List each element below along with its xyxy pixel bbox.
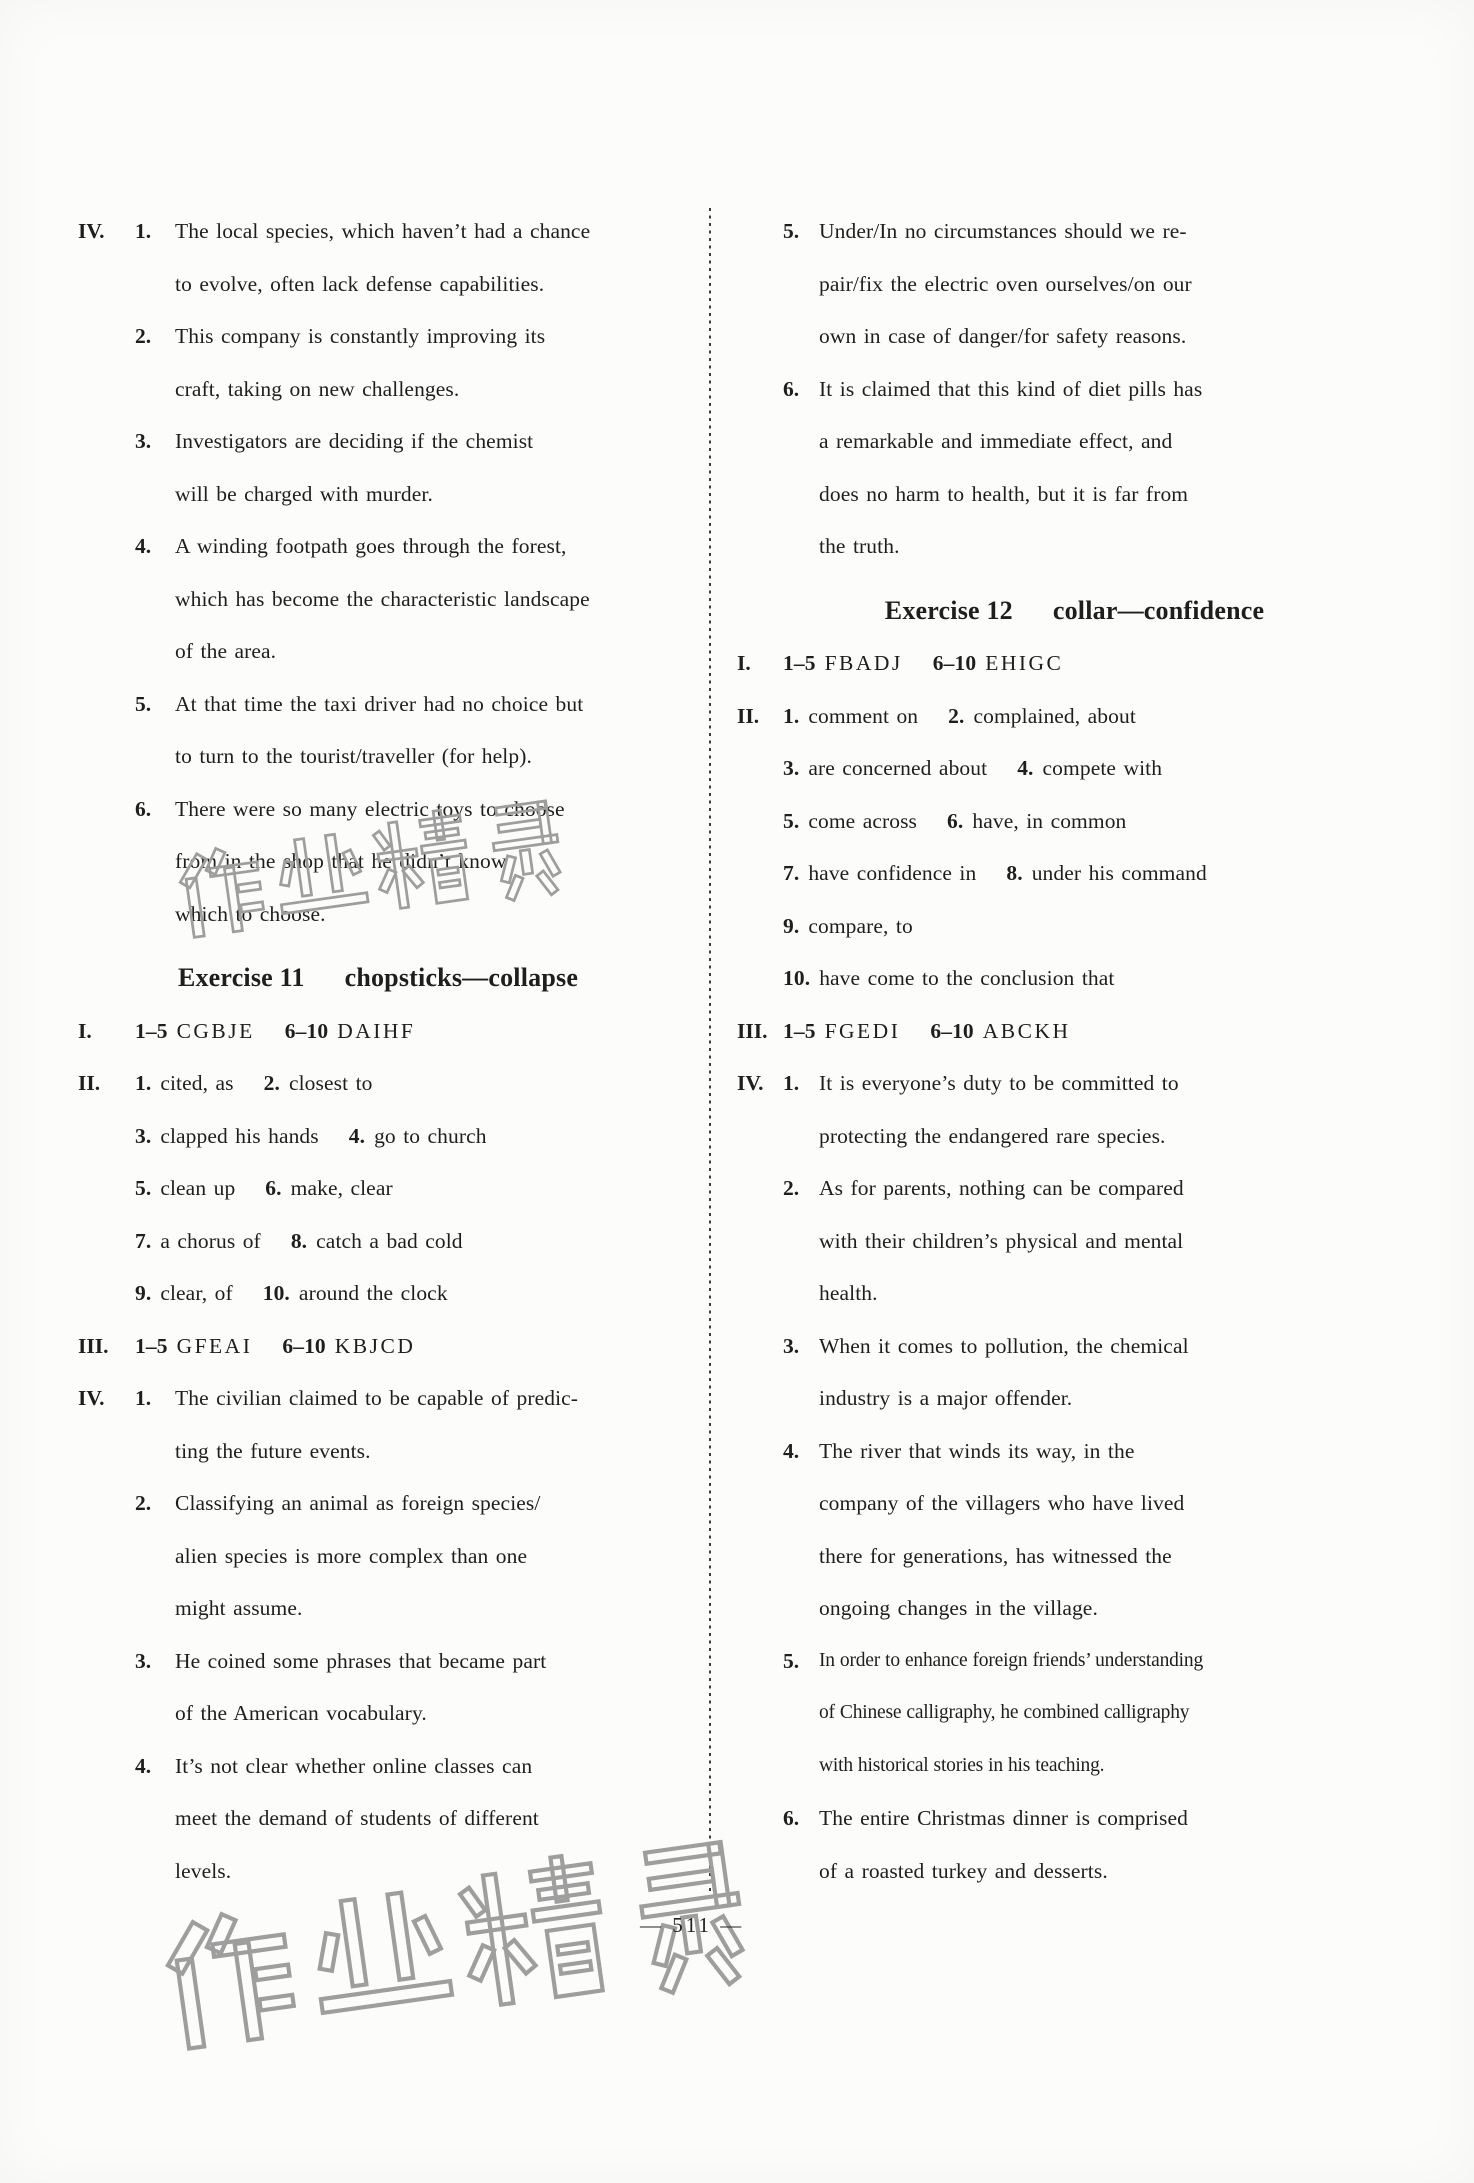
- item-text: The entire Christmas dinner is comprised…: [819, 1792, 1412, 1897]
- answer-phrase-row: I.1–5CGBJE6–10DAIHF: [78, 1005, 678, 1058]
- item-number: 6.: [783, 1792, 819, 1845]
- pair-text: go to church: [374, 1124, 487, 1148]
- answer-sentence-row: 5.In order to enhance foreign friends’ u…: [737, 1635, 1412, 1793]
- phrase-line: 3.are concerned about4.compete with: [783, 742, 1412, 795]
- pair-number: 5.: [135, 1176, 151, 1200]
- pair-text: a chorus of: [160, 1229, 261, 1253]
- scanned-answer-page: IV.1.The local species, which haven’t ha…: [0, 0, 1474, 2183]
- answer-sentence-row: IV.1.The civilian claimed to be capable …: [78, 1372, 678, 1477]
- roman-label: I.: [78, 1005, 135, 1058]
- answer-phrase-row: III.1–5FGEDI6–10ABCKH: [737, 1005, 1412, 1058]
- exercise-heading: Exercise 12collar—confidence: [737, 585, 1412, 638]
- phrase-line: 3.clapped his hands4.go to church: [135, 1110, 678, 1163]
- phrase-line: 1–5GFEAI6–10KBJCD: [135, 1320, 678, 1373]
- phrase-line: 7.a chorus of8.catch a bad cold: [135, 1215, 678, 1268]
- answer-phrase-row: 9.compare, to: [737, 900, 1412, 953]
- answer-sentence-row: IV.1.It is everyone’s duty to be committ…: [737, 1057, 1412, 1162]
- pair-number: 6.: [947, 809, 963, 833]
- roman-label: IV.: [737, 1057, 783, 1110]
- pair-number: 1.: [783, 704, 799, 728]
- item-text: As for parents, nothing can be compared …: [819, 1162, 1412, 1320]
- answer-sentence-row: 4.The river that winds its way, in the c…: [737, 1425, 1412, 1635]
- phrase-line: 1–5CGBJE6–10DAIHF: [135, 1005, 678, 1058]
- item-number: 5.: [783, 205, 819, 258]
- phrase-line: 1.cited, as2.closest to: [135, 1057, 678, 1110]
- roman-label: I.: [737, 637, 783, 690]
- answer-sentence-row: 5.Under/In no circumstances should we re…: [737, 205, 1412, 363]
- page-number: — 511 —: [640, 1913, 744, 1938]
- item-number: 3.: [135, 1635, 175, 1688]
- pair-text: around the clock: [299, 1281, 448, 1305]
- pair-number: 9.: [783, 914, 799, 938]
- left-column: IV.1.The local species, which haven’t ha…: [78, 205, 678, 1897]
- pair-text: GFEAI: [177, 1334, 253, 1358]
- phrase-line: 7.have confidence in8.under his command: [783, 847, 1412, 900]
- pair-number: 1–5: [135, 1019, 168, 1043]
- item-text: Under/In no circumstances should we re- …: [819, 205, 1412, 363]
- answer-sentence-row: 4.A winding footpath goes through the fo…: [78, 520, 678, 678]
- roman-label: II.: [78, 1057, 135, 1110]
- item-text: When it comes to pollution, the chemical…: [819, 1320, 1412, 1425]
- answer-sentence-row: IV.1.The local species, which haven’t ha…: [78, 205, 678, 310]
- answer-phrase-row: 7.a chorus of8.catch a bad cold: [78, 1215, 678, 1268]
- item-number: 4.: [135, 520, 175, 573]
- pair-text: complained, about: [973, 704, 1135, 728]
- pair-text: DAIHF: [337, 1019, 415, 1043]
- exercise-label: Exercise 11: [178, 952, 305, 1005]
- answer-phrase-row: II.1.cited, as2.closest to: [78, 1057, 678, 1110]
- pair-number: 6–10: [285, 1019, 328, 1043]
- pair-text: cited, as: [160, 1071, 233, 1095]
- pair-text: closest to: [289, 1071, 373, 1095]
- phrase-line: 1–5FGEDI6–10ABCKH: [783, 1005, 1412, 1058]
- item-number: 3.: [135, 415, 175, 468]
- pair-text: are concerned about: [808, 756, 987, 780]
- answer-sentence-row: 6.There were so many electric toys to ch…: [78, 783, 678, 941]
- pair-text: comment on: [808, 704, 918, 728]
- exercise-heading: Exercise 11chopsticks—collapse: [78, 952, 678, 1005]
- answer-sentence-row: 3.Investigators are deciding if the chem…: [78, 415, 678, 520]
- phrase-line: 5.come across6.have, in common: [783, 795, 1412, 848]
- pair-number: 2.: [948, 704, 964, 728]
- pair-number: 4.: [349, 1124, 365, 1148]
- item-number: 1.: [783, 1057, 819, 1110]
- item-text: Classifying an animal as foreign species…: [175, 1477, 678, 1635]
- pair-text: catch a bad cold: [316, 1229, 462, 1253]
- pair-number: 7.: [135, 1229, 151, 1253]
- phrase-line: 5.clean up6.make, clear: [135, 1162, 678, 1215]
- pair-number: 9.: [135, 1281, 151, 1305]
- item-text: In order to enhance foreign friends’ und…: [819, 1635, 1412, 1793]
- pair-text: ABCKH: [983, 1019, 1071, 1043]
- answer-phrase-row: 9.clear, of10.around the clock: [78, 1267, 678, 1320]
- roman-label: IV.: [78, 205, 135, 258]
- answer-sentence-row: 5.At that time the taxi driver had no ch…: [78, 678, 678, 783]
- item-number: 6.: [135, 783, 175, 836]
- answer-sentence-row: 2.Classifying an animal as foreign speci…: [78, 1477, 678, 1635]
- pair-text: clear, of: [160, 1281, 232, 1305]
- answer-sentence-row: 3.He coined some phrases that became par…: [78, 1635, 678, 1740]
- phrase-line: 10.have come to the conclusion that: [783, 952, 1412, 1005]
- item-number: 4.: [783, 1425, 819, 1478]
- item-number: 2.: [135, 310, 175, 363]
- pair-text: clean up: [160, 1176, 235, 1200]
- pair-number: 3.: [135, 1124, 151, 1148]
- pair-number: 2.: [264, 1071, 280, 1095]
- item-text: This company is constantly improving its…: [175, 310, 678, 415]
- phrase-line: 9.compare, to: [783, 900, 1412, 953]
- answer-phrase-row: I.1–5FBADJ6–10EHIGC: [737, 637, 1412, 690]
- pair-number: 7.: [783, 861, 799, 885]
- answer-phrase-row: 3.clapped his hands4.go to church: [78, 1110, 678, 1163]
- item-text: It is claimed that this kind of diet pil…: [819, 363, 1412, 573]
- pair-number: 6–10: [933, 651, 976, 675]
- pair-text: CGBJE: [177, 1019, 255, 1043]
- answer-sentence-row: 6.It is claimed that this kind of diet p…: [737, 363, 1412, 573]
- item-text: A winding footpath goes through the fore…: [175, 520, 678, 678]
- phrase-line: 1.comment on2.complained, about: [783, 690, 1412, 743]
- pair-number: 1–5: [783, 1019, 816, 1043]
- answer-phrase-row: III.1–5GFEAI6–10KBJCD: [78, 1320, 678, 1373]
- item-text: He coined some phrases that became part …: [175, 1635, 678, 1740]
- pair-text: compete with: [1043, 756, 1163, 780]
- pair-number: 6.: [265, 1176, 281, 1200]
- item-number: 1.: [135, 205, 175, 258]
- item-number: 3.: [783, 1320, 819, 1373]
- exercise-label: Exercise 12: [885, 585, 1013, 638]
- pair-text: have come to the conclusion that: [819, 966, 1114, 990]
- pair-number: 8.: [1006, 861, 1022, 885]
- pair-number: 3.: [783, 756, 799, 780]
- item-number: 5.: [783, 1635, 819, 1688]
- roman-label: III.: [737, 1005, 783, 1058]
- pair-number: 6–10: [282, 1334, 325, 1358]
- answer-sentence-row: 4.It’s not clear whether online classes …: [78, 1740, 678, 1898]
- answer-phrase-row: 10.have come to the conclusion that: [737, 952, 1412, 1005]
- answer-sentence-row: 2.This company is constantly improving i…: [78, 310, 678, 415]
- pair-text: have, in common: [972, 809, 1126, 833]
- answer-sentence-row: 3.When it comes to pollution, the chemic…: [737, 1320, 1412, 1425]
- pair-text: FGEDI: [825, 1019, 901, 1043]
- pair-text: FBADJ: [825, 651, 903, 675]
- roman-label: IV.: [78, 1372, 135, 1425]
- pair-number: 6–10: [930, 1019, 973, 1043]
- item-text: The civilian claimed to be capable of pr…: [175, 1372, 678, 1477]
- phrase-line: 1–5FBADJ6–10EHIGC: [783, 637, 1412, 690]
- pair-number: 8.: [291, 1229, 307, 1253]
- item-number: 4.: [135, 1740, 175, 1793]
- item-text: The river that winds its way, in the com…: [819, 1425, 1412, 1635]
- exercise-range: chopsticks—collapse: [345, 952, 578, 1005]
- exercise-range: collar—confidence: [1053, 585, 1264, 638]
- pair-text: come across: [808, 809, 917, 833]
- item-number: 1.: [135, 1372, 175, 1425]
- pair-text: KBJCD: [335, 1334, 416, 1358]
- answer-sentence-row: 6.The entire Christmas dinner is compris…: [737, 1792, 1412, 1897]
- phrase-line: 9.clear, of10.around the clock: [135, 1267, 678, 1320]
- item-text: It is everyone’s duty to be committed to…: [819, 1057, 1412, 1162]
- item-number: 5.: [135, 678, 175, 731]
- item-text: It’s not clear whether online classes ca…: [175, 1740, 678, 1898]
- pair-text: make, clear: [291, 1176, 393, 1200]
- pair-text: have confidence in: [808, 861, 976, 885]
- answer-phrase-row: II.1.comment on2.complained, about: [737, 690, 1412, 743]
- pair-number: 4.: [1017, 756, 1033, 780]
- pair-number: 5.: [783, 809, 799, 833]
- roman-label: III.: [78, 1320, 135, 1373]
- pair-text: EHIGC: [985, 651, 1063, 675]
- item-text: There were so many electric toys to choo…: [175, 783, 678, 941]
- answer-phrase-row: 5.come across6.have, in common: [737, 795, 1412, 848]
- pair-number: 10.: [263, 1281, 290, 1305]
- roman-label: II.: [737, 690, 783, 743]
- pair-text: clapped his hands: [160, 1124, 318, 1148]
- right-column: 5.Under/In no circumstances should we re…: [737, 205, 1412, 1897]
- answer-phrase-row: 3.are concerned about4.compete with: [737, 742, 1412, 795]
- pair-number: 1–5: [783, 651, 816, 675]
- pair-text: compare, to: [808, 914, 913, 938]
- answer-phrase-row: 5.clean up6.make, clear: [78, 1162, 678, 1215]
- item-text: At that time the taxi driver had no choi…: [175, 678, 678, 783]
- item-number: 2.: [783, 1162, 819, 1215]
- item-text: The local species, which haven’t had a c…: [175, 205, 678, 310]
- item-number: 6.: [783, 363, 819, 416]
- pair-number: 1.: [135, 1071, 151, 1095]
- item-text: Investigators are deciding if the chemis…: [175, 415, 678, 520]
- pair-number: 10.: [783, 966, 810, 990]
- answer-phrase-row: 7.have confidence in8.under his command: [737, 847, 1412, 900]
- item-number: 2.: [135, 1477, 175, 1530]
- pair-text: under his command: [1032, 861, 1207, 885]
- answer-sentence-row: 2.As for parents, nothing can be compare…: [737, 1162, 1412, 1320]
- pair-number: 1–5: [135, 1334, 168, 1358]
- column-divider: [709, 208, 711, 1896]
